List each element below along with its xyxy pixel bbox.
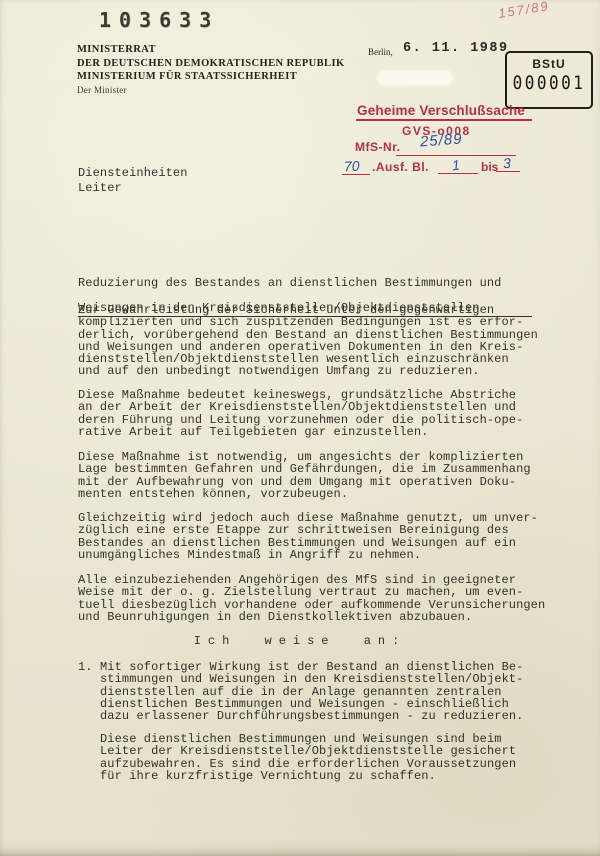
bstu-label: BStU [507, 57, 591, 71]
body-paragraph-1: Zur Gewährleistung der Sicherheit unter … [78, 304, 538, 378]
letterhead: MINISTERRAT DER DEUTSCHEN DEMOKRATISCHEN… [77, 43, 345, 97]
copy-number-handwritten: 70 [344, 158, 360, 175]
directive-heading: Ich weise an: [0, 635, 600, 647]
recipient-block: Diensteinheiten Leiter [78, 166, 188, 196]
body-paragraph-4: Gleichzeitig wird jedoch auch diese Maßn… [78, 512, 538, 561]
letterhead-line-1: MINISTERRAT [77, 43, 345, 57]
subject-line-1: Reduzierung des Bestandes an dienstliche… [78, 277, 532, 289]
ausf-bl-label: .Ausf. Bl. [372, 160, 429, 174]
directive-item-1-number: 1. [78, 661, 93, 673]
directive-item-1-continuation: Diese dienstlichen Bestimmungen und Weis… [100, 733, 516, 782]
sheet-to-handwritten: 3 [502, 155, 511, 172]
date-city: Berlin, [368, 47, 393, 57]
bstu-stamp-box: BStU 000001 [505, 51, 593, 109]
date-value: 6. 11. 1989 [403, 41, 509, 56]
archive-number-stamp: 103633 [99, 8, 219, 32]
sheet-from-line [438, 173, 478, 174]
sheet-from-handwritten: 1 [451, 157, 460, 174]
body-paragraph-5: Alle einzubeziehenden Angehörigen des Mf… [78, 574, 545, 623]
classification-underline [356, 119, 532, 121]
mfs-number-handwritten: 25/89 [419, 131, 463, 151]
classification-title: Geheime Verschlußsache [357, 103, 525, 118]
correction-fluid-mark [378, 71, 452, 85]
handwritten-corner-note: 157/89 [497, 0, 550, 21]
scanned-document-page: 103633 157/89 MINISTERRAT DER DEUTSCHEN … [0, 0, 600, 856]
letterhead-line-3: MINISTERIUM FÜR STAATSSICHERHEIT [77, 70, 345, 84]
body-paragraph-3: Diese Maßnahme ist notwendig, um angesic… [78, 451, 531, 500]
copy-number-line [342, 174, 370, 175]
letterhead-line-2: DER DEUTSCHEN DEMOKRATISCHEN REPUBLIK [77, 57, 345, 71]
body-paragraph-2: Diese Maßnahme bedeutet keineswegs, grun… [78, 389, 523, 438]
mfs-number-label: MfS-Nr. [355, 140, 401, 154]
directive-item-1-text: Mit sofortiger Wirkung ist der Bestand a… [100, 661, 523, 722]
sheet-to-line [496, 171, 520, 172]
letterhead-minister: Der Minister [77, 84, 345, 97]
bstu-page-number: 000001 [507, 72, 591, 94]
